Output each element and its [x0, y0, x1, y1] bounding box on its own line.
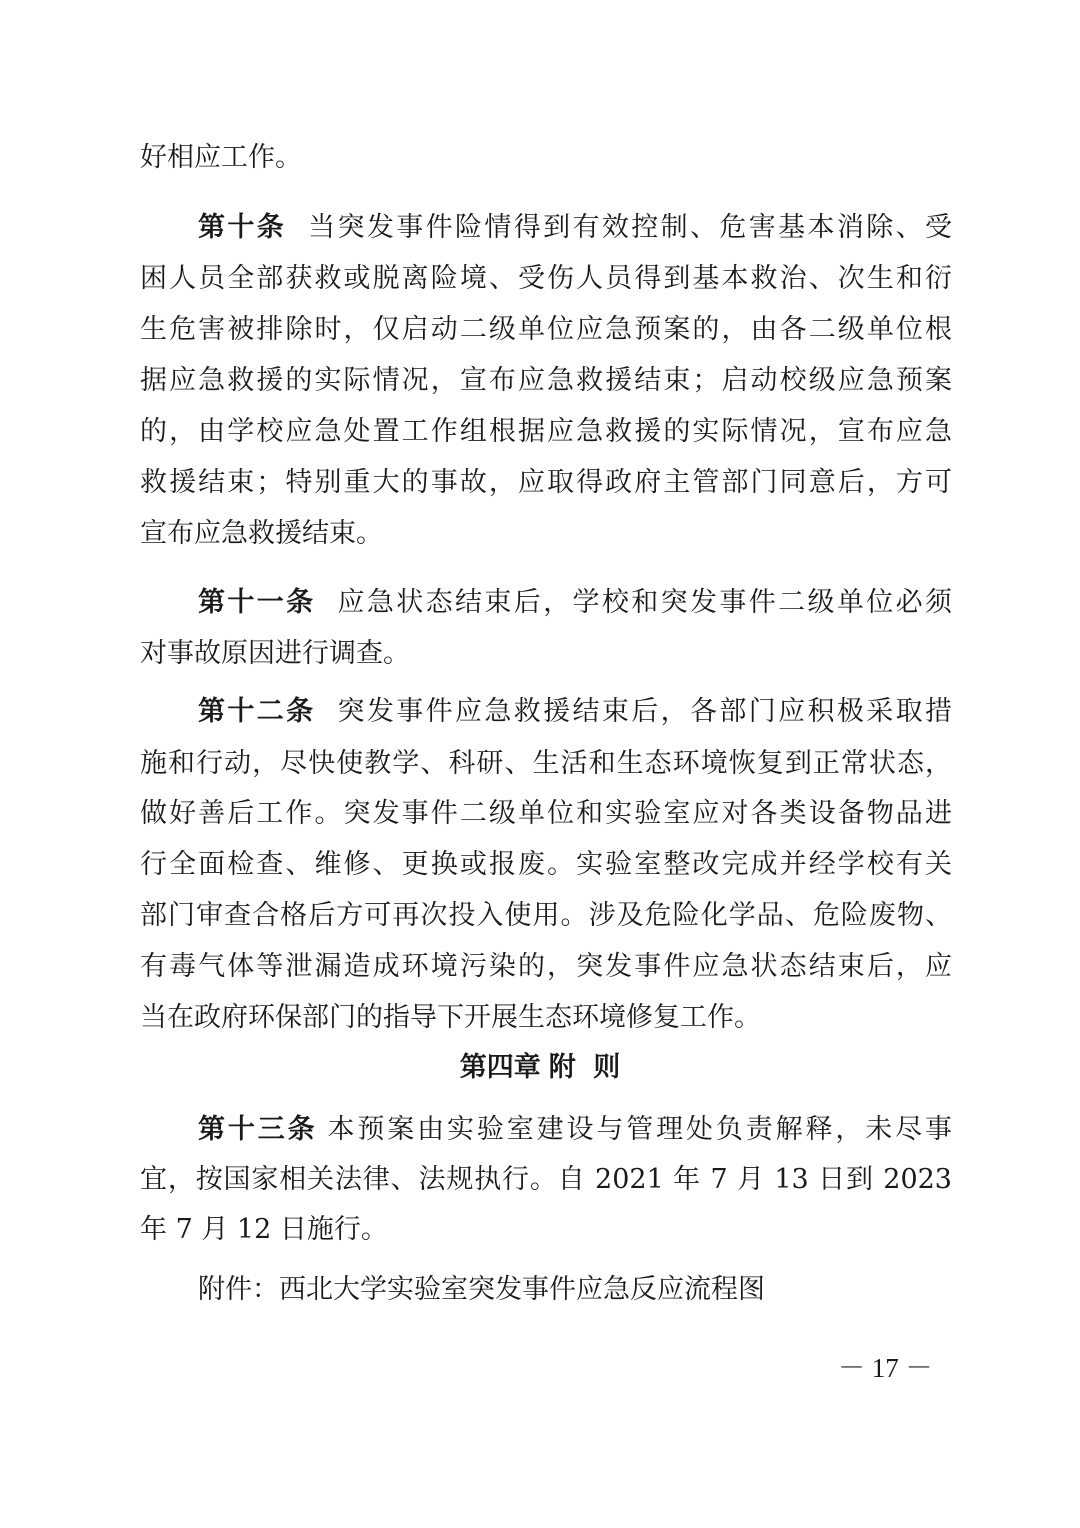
article-10-line-5: 的，由学校应急处置工作组根据应急救援的实际情况，宣布应急 [140, 414, 952, 450]
page-number: － 17 － [838, 1350, 933, 1386]
chapter-number: 第四章 [460, 1052, 541, 1083]
article-10-line-1: 第十条当突发事件险情得到有效控制、危害基本消除、受 [198, 210, 952, 246]
chapter-heading: 第四章附 则 [0, 1050, 1080, 1086]
article-13-label: 第十三条 [198, 1114, 318, 1145]
article-11-line-1: 第十一条应急状态结束后，学校和突发事件二级单位必须 [198, 585, 952, 621]
article-10-line-6: 救援结束；特别重大的事故，应取得政府主管部门同意后，方可 [140, 465, 952, 501]
chapter-title: 附 则 [549, 1052, 620, 1083]
article-10-line-7: 宣布应急救援结束。 [140, 516, 952, 552]
article-12-line-7: 当在政府环保部门的指导下开展生态环境修复工作。 [140, 1000, 952, 1036]
article-13-line-1: 第十三条本预案由实验室建设与管理处负责解释，未尽事 [198, 1112, 952, 1148]
article-12-line-4: 行全面检查、维修、更换或报废。实验室整改完成并经学校有关 [140, 847, 952, 883]
article-12-text-1: 突发事件应急救援结束后，各部门应积极采取措 [338, 696, 953, 727]
article-10-label: 第十条 [198, 212, 286, 243]
article-11-line-2: 对事故原因进行调查。 [140, 636, 952, 672]
article-11-label: 第十一条 [198, 587, 316, 618]
article-12-line-5: 部门审查合格后方可再次投入使用。涉及危险化学品、危险废物、 [140, 898, 952, 934]
article-12-line-6: 有毒气体等泄漏造成环境污染的，突发事件应急状态结束后，应 [140, 949, 952, 985]
attachment-note: 附件：西北大学实验室突发事件应急反应流程图 [198, 1272, 952, 1308]
article-10-line-2: 困人员全部获救或脱离险境、受伤人员得到基本救治、次生和衍 [140, 261, 952, 297]
document-page: 好相应工作。 第十条当突发事件险情得到有效控制、危害基本消除、受 困人员全部获救… [0, 0, 1080, 1528]
article-10-line-4: 据应急救援的实际情况，宣布应急救援结束；启动校级应急预案 [140, 363, 952, 399]
article-13-line-2: 宜，按国家相关法律、法规执行。自 2021 年 7 月 13 日到 2023 [140, 1162, 952, 1198]
article-12-label: 第十二条 [198, 696, 316, 727]
article-11-text-1: 应急状态结束后，学校和突发事件二级单位必须 [338, 587, 953, 618]
article-10-text-1: 当突发事件险情得到有效控制、危害基本消除、受 [308, 212, 952, 243]
article-12-line-2: 施和行动，尽快使教学、科研、生活和生态环境恢复到正常状态， [140, 746, 952, 782]
continuation-line: 好相应工作。 [140, 140, 952, 176]
article-13-text-1: 本预案由实验室建设与管理处负责解释，未尽事 [328, 1114, 953, 1145]
article-10-line-3: 生危害被排除时，仅启动二级单位应急预案的，由各二级单位根 [140, 312, 952, 348]
article-12-line-1: 第十二条突发事件应急救援结束后，各部门应积极采取措 [198, 694, 952, 730]
article-12-line-3: 做好善后工作。突发事件二级单位和实验室应对各类设备物品进 [140, 796, 952, 832]
article-13-line-3: 年 7 月 12 日施行。 [140, 1212, 952, 1248]
